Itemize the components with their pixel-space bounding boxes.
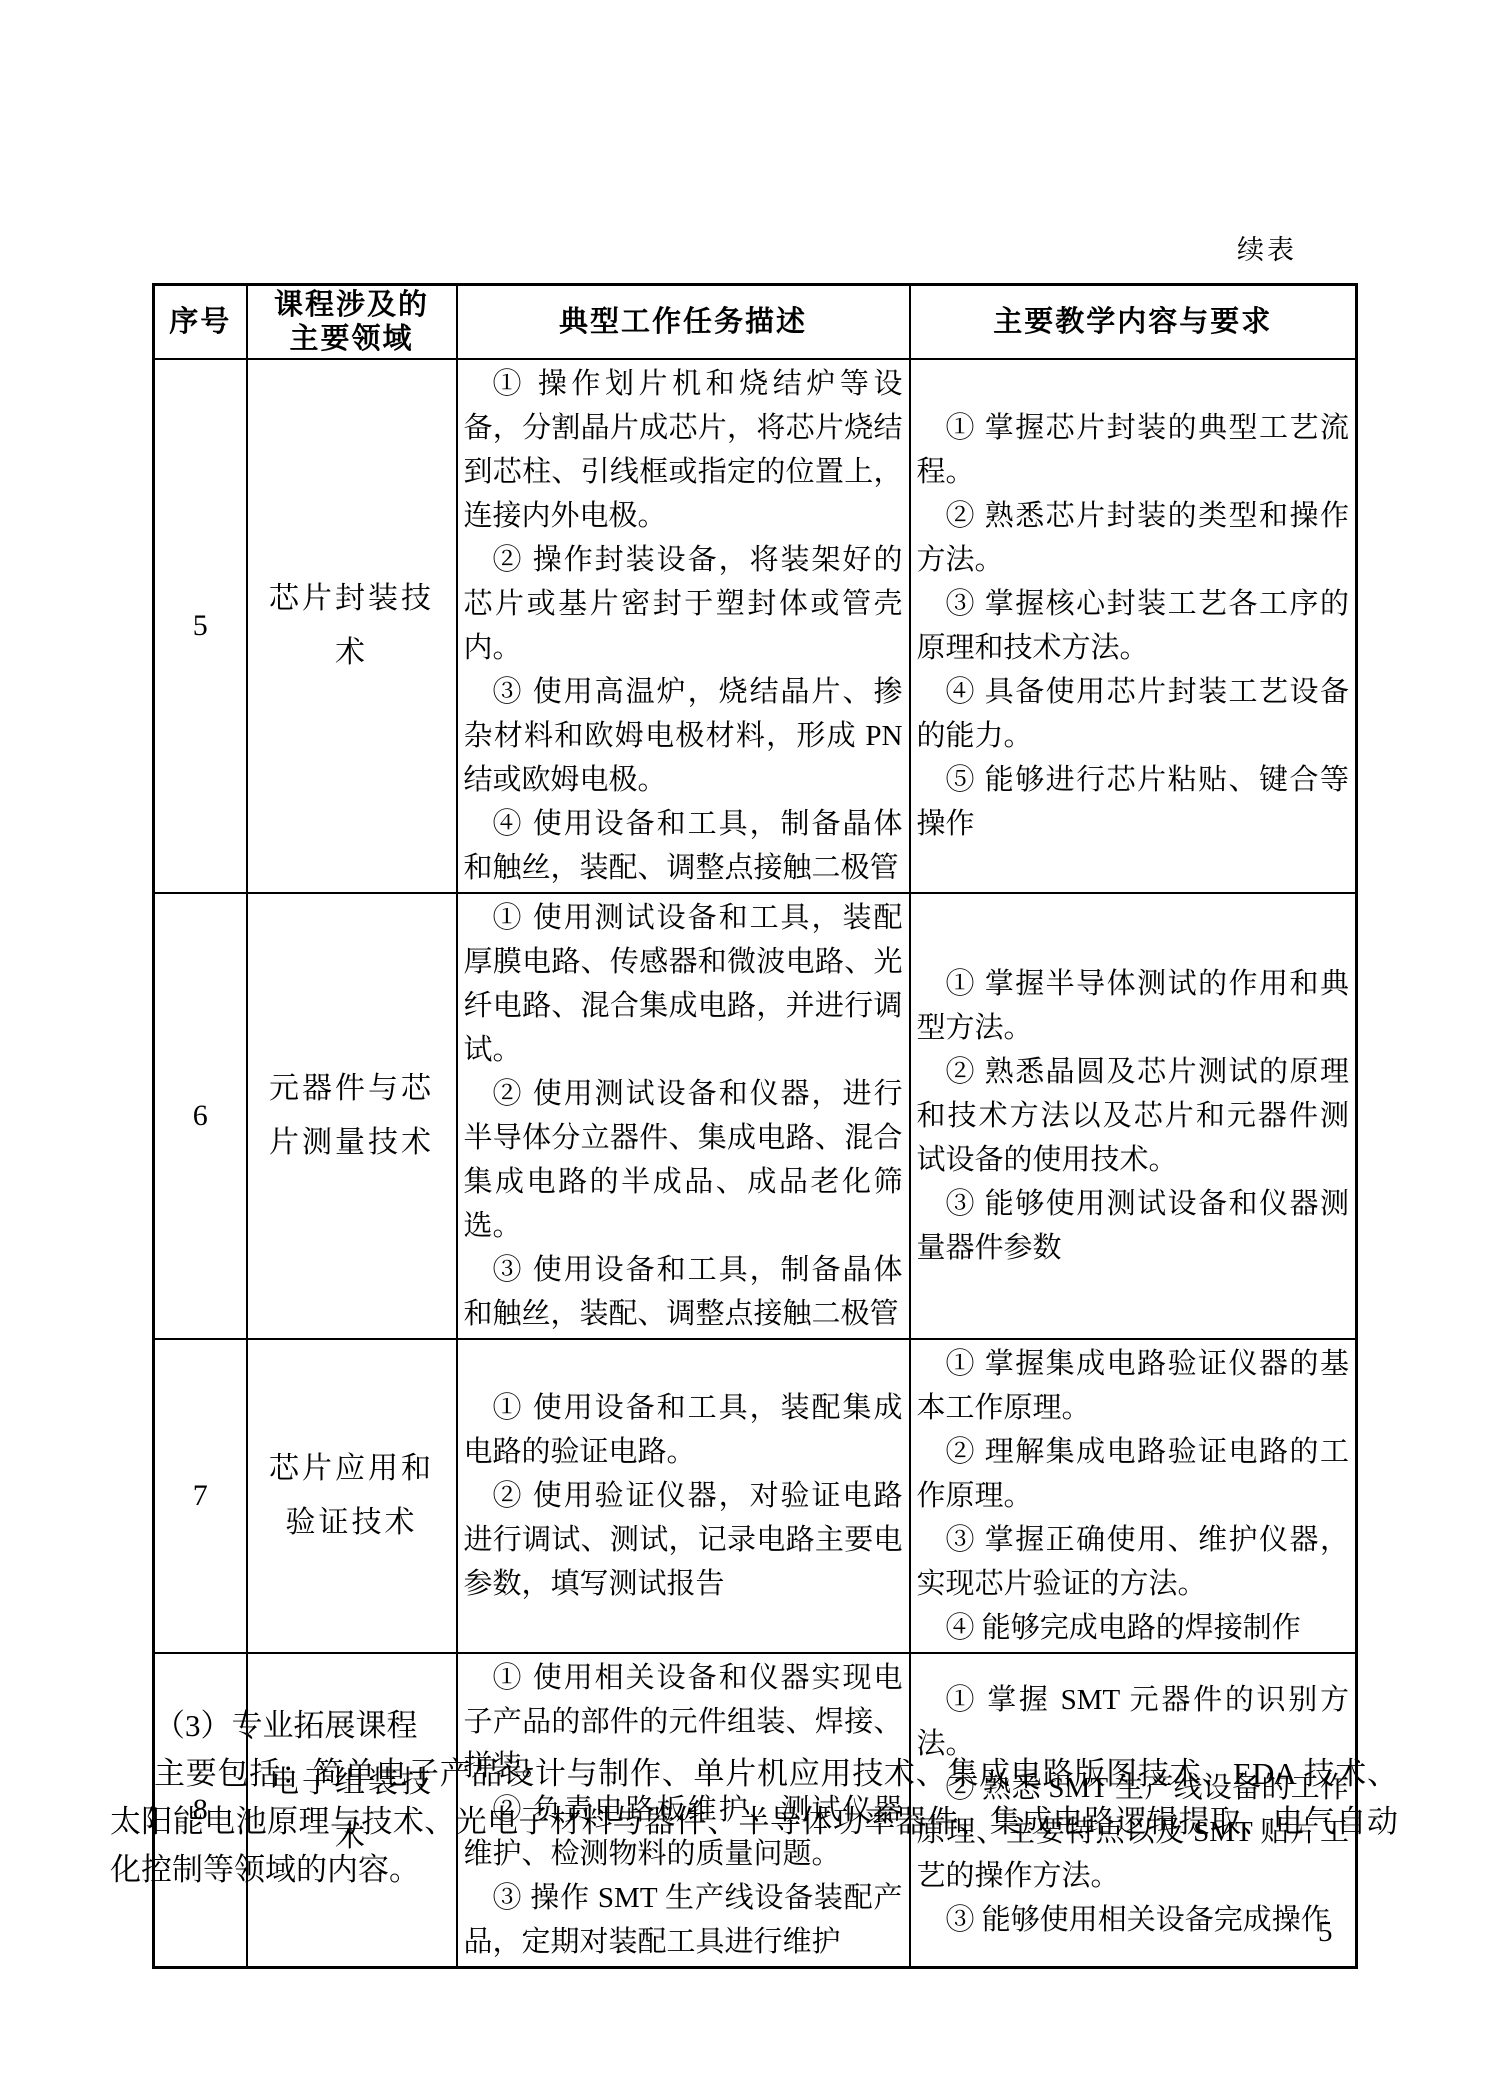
cell-paragraph: ② 熟悉芯片封装的类型和操作方法。 — [917, 494, 1350, 582]
document-page: 续表 序号 课程涉及的 主要领域 典型工作任务描述 主要教学内容与要求 5 芯片… — [0, 0, 1503, 2094]
cell-paragraph: ⑤ 能够进行芯片粘贴、键合等操作 — [917, 758, 1350, 846]
row-course-area: 元器件与芯片测量技术 — [247, 893, 457, 1339]
table-header-row: 序号 课程涉及的 主要领域 典型工作任务描述 主要教学内容与要求 — [154, 285, 1357, 360]
header-course-area: 课程涉及的 主要领域 — [247, 285, 457, 360]
table-row: 5 芯片封装技术 ① 操作划片机和烧结炉等设备，分割晶片成芯片，将芯片烧结到芯柱… — [154, 359, 1357, 893]
row-serial-number: 6 — [154, 893, 247, 1339]
cell-paragraph: ② 使用测试设备和仪器，进行半导体分立器件、集成电路、混合集成电路的半成品、成品… — [464, 1072, 903, 1248]
row-teaching-content: ① 掌握芯片封装的典型工艺流程。② 熟悉芯片封装的类型和操作方法。③ 掌握核心封… — [910, 359, 1357, 893]
cell-paragraph: ② 熟悉晶圆及芯片测试的原理和技术方法以及芯片和元器件测试设备的使用技术。 — [917, 1050, 1350, 1182]
cell-paragraph: ③ 能够使用相关设备完成操作 — [917, 1898, 1350, 1942]
table-row: 6 元器件与芯片测量技术 ① 使用测试设备和工具，装配厚膜电路、传感器和微波电路… — [154, 893, 1357, 1339]
header-serial-number: 序号 — [154, 285, 247, 360]
row-serial-number: 5 — [154, 359, 247, 893]
cell-paragraph: ① 操作划片机和烧结炉等设备，分割晶片成芯片，将芯片烧结到芯柱、引线框或指定的位… — [464, 362, 903, 538]
cell-paragraph: ② 操作封装设备，将装架好的芯片或基片密封于塑封体或管壳内。 — [464, 538, 903, 670]
footer-section: （3）专业拓展课程 主要包括：简单电子产品设计与制作、单片机应用技术、集成电路版… — [110, 1702, 1398, 1894]
cell-paragraph: ④ 具备使用芯片封装工艺设备的能力。 — [917, 670, 1350, 758]
row-teaching-content: ① 掌握集成电路验证仪器的基本工作原理。② 理解集成电路验证电路的工作原理。③ … — [910, 1339, 1357, 1653]
table-continuation-label: 续表 — [152, 228, 1297, 267]
header-task-description: 典型工作任务描述 — [457, 285, 910, 360]
header-teaching-content: 主要教学内容与要求 — [910, 285, 1357, 360]
cell-paragraph: ③ 使用高温炉，烧结晶片、掺杂材料和欧姆电极材料，形成 PN 结或欧姆电极。 — [464, 670, 903, 802]
footer-heading: （3）专业拓展课程 — [110, 1702, 1398, 1750]
row-course-area: 芯片封装技术 — [247, 359, 457, 893]
cell-paragraph: ③ 能够使用测试设备和仪器测量器件参数 — [917, 1182, 1350, 1270]
cell-paragraph: ② 理解集成电路验证电路的工作原理。 — [917, 1430, 1350, 1518]
cell-paragraph: ④ 能够完成电路的焊接制作 — [917, 1606, 1350, 1650]
table-row: 7 芯片应用和验证技术 ① 使用设备和工具，装配集成电路的验证电路。② 使用验证… — [154, 1339, 1357, 1653]
page-number: 5 — [1318, 1916, 1333, 1949]
row-task-description: ① 使用测试设备和工具，装配厚膜电路、传感器和微波电路、光纤电路、混合集成电路，… — [457, 893, 910, 1339]
cell-paragraph: ② 使用验证仪器，对验证电路进行调试、测试，记录电路主要电参数，填写测试报告 — [464, 1474, 903, 1606]
row-task-description: ① 操作划片机和烧结炉等设备，分割晶片成芯片，将芯片烧结到芯柱、引线框或指定的位… — [457, 359, 910, 893]
cell-paragraph: ③ 使用设备和工具，制备晶体和触丝，装配、调整点接触二极管 — [464, 1248, 903, 1336]
cell-paragraph: ④ 使用设备和工具，制备晶体和触丝，装配、调整点接触二极管 — [464, 802, 903, 890]
row-course-area: 芯片应用和验证技术 — [247, 1339, 457, 1653]
cell-paragraph: ① 掌握芯片封装的典型工艺流程。 — [917, 406, 1350, 494]
footer-body: 主要包括：简单电子产品设计与制作、单片机应用技术、集成电路版图技术、EDA 技术… — [110, 1750, 1398, 1894]
row-serial-number: 7 — [154, 1339, 247, 1653]
cell-paragraph: ① 使用测试设备和工具，装配厚膜电路、传感器和微波电路、光纤电路、混合集成电路，… — [464, 896, 903, 1072]
cell-paragraph: ① 掌握集成电路验证仪器的基本工作原理。 — [917, 1342, 1350, 1430]
cell-paragraph: ① 掌握半导体测试的作用和典型方法。 — [917, 962, 1350, 1050]
cell-paragraph: ③ 掌握正确使用、维护仪器，实现芯片验证的方法。 — [917, 1518, 1350, 1606]
cell-paragraph: ③ 掌握核心封装工艺各工序的原理和技术方法。 — [917, 582, 1350, 670]
row-task-description: ① 使用设备和工具，装配集成电路的验证电路。② 使用验证仪器，对验证电路进行调试… — [457, 1339, 910, 1653]
row-teaching-content: ① 掌握半导体测试的作用和典型方法。② 熟悉晶圆及芯片测试的原理和技术方法以及芯… — [910, 893, 1357, 1339]
cell-paragraph: ① 使用设备和工具，装配集成电路的验证电路。 — [464, 1386, 903, 1474]
